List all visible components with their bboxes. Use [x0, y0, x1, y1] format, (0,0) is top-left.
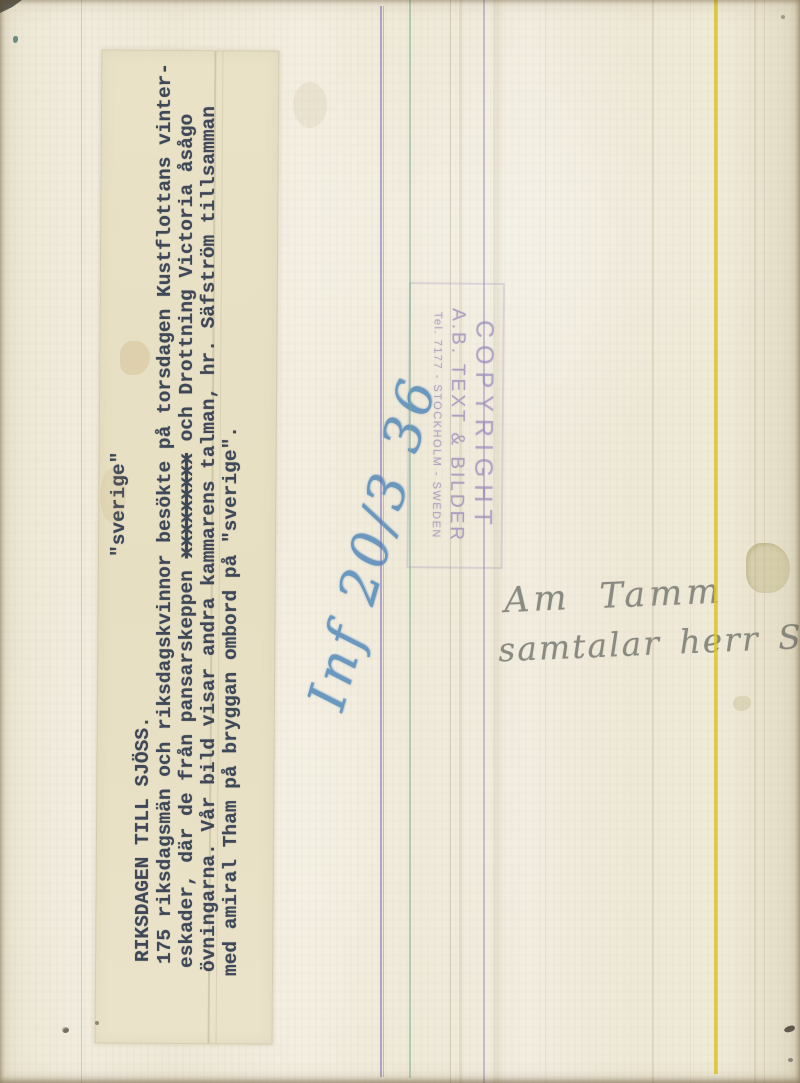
struck-out-word: xxxxxxxxx — [176, 453, 198, 558]
right-edge-shading — [716, 0, 800, 1083]
typed-caption: "sverige" RIKSDAGEN TILL SJÖSS. 175 riks… — [102, 55, 251, 1040]
paper-crease — [764, 0, 765, 1083]
artifact-line-green-left — [81, 0, 82, 1083]
artifact-line-yellow-edge — [717, 0, 718, 1074]
caption-line: med amiral Tham på bryggan ombord på "sv… — [220, 55, 242, 1040]
paper-speck — [781, 15, 785, 19]
paper-crease — [545, 0, 546, 1083]
caption-line: övningarna. Vår bild visar andra kammare… — [198, 55, 220, 1040]
corner-mark — [0, 0, 22, 13]
paper-speck — [788, 1058, 793, 1062]
artifact-line-gray-purple — [483, 0, 485, 1083]
paper-crease — [690, 0, 691, 1083]
artifact-line-teal — [383, 6, 384, 1077]
paper-crease — [652, 0, 654, 1083]
paper-speck — [783, 1025, 795, 1034]
artifact-line-green — [409, 0, 411, 1078]
caption-line: eskader, där de från pansarskeppen xxxxx… — [176, 55, 198, 1040]
artifact-line-purple — [380, 6, 382, 1077]
paper-crease — [754, 0, 756, 1083]
ink-speck — [13, 36, 18, 43]
caption-line-segment: eskader, där de från pansarskeppen — [176, 558, 198, 968]
artifact-line-gray — [450, 0, 451, 1083]
caption-line: 175 riksdagsmän och riksdagskvinnor besö… — [154, 55, 176, 1040]
khaki-stain-small — [733, 696, 751, 711]
paper-crease-band — [493, 0, 503, 1083]
faint-stain — [293, 82, 327, 128]
photo-verso-scan: "sverige" RIKSDAGEN TILL SJÖSS. 175 riks… — [0, 0, 800, 1083]
caption-heading: "sverige" — [106, 55, 132, 1040]
paper-crease — [459, 0, 462, 1083]
paper-speck — [62, 1027, 69, 1033]
caption-title: RIKSDAGEN TILL SJÖSS. — [132, 55, 154, 1040]
caption-line-segment: och Drottning Victoria åsågo — [176, 114, 198, 453]
